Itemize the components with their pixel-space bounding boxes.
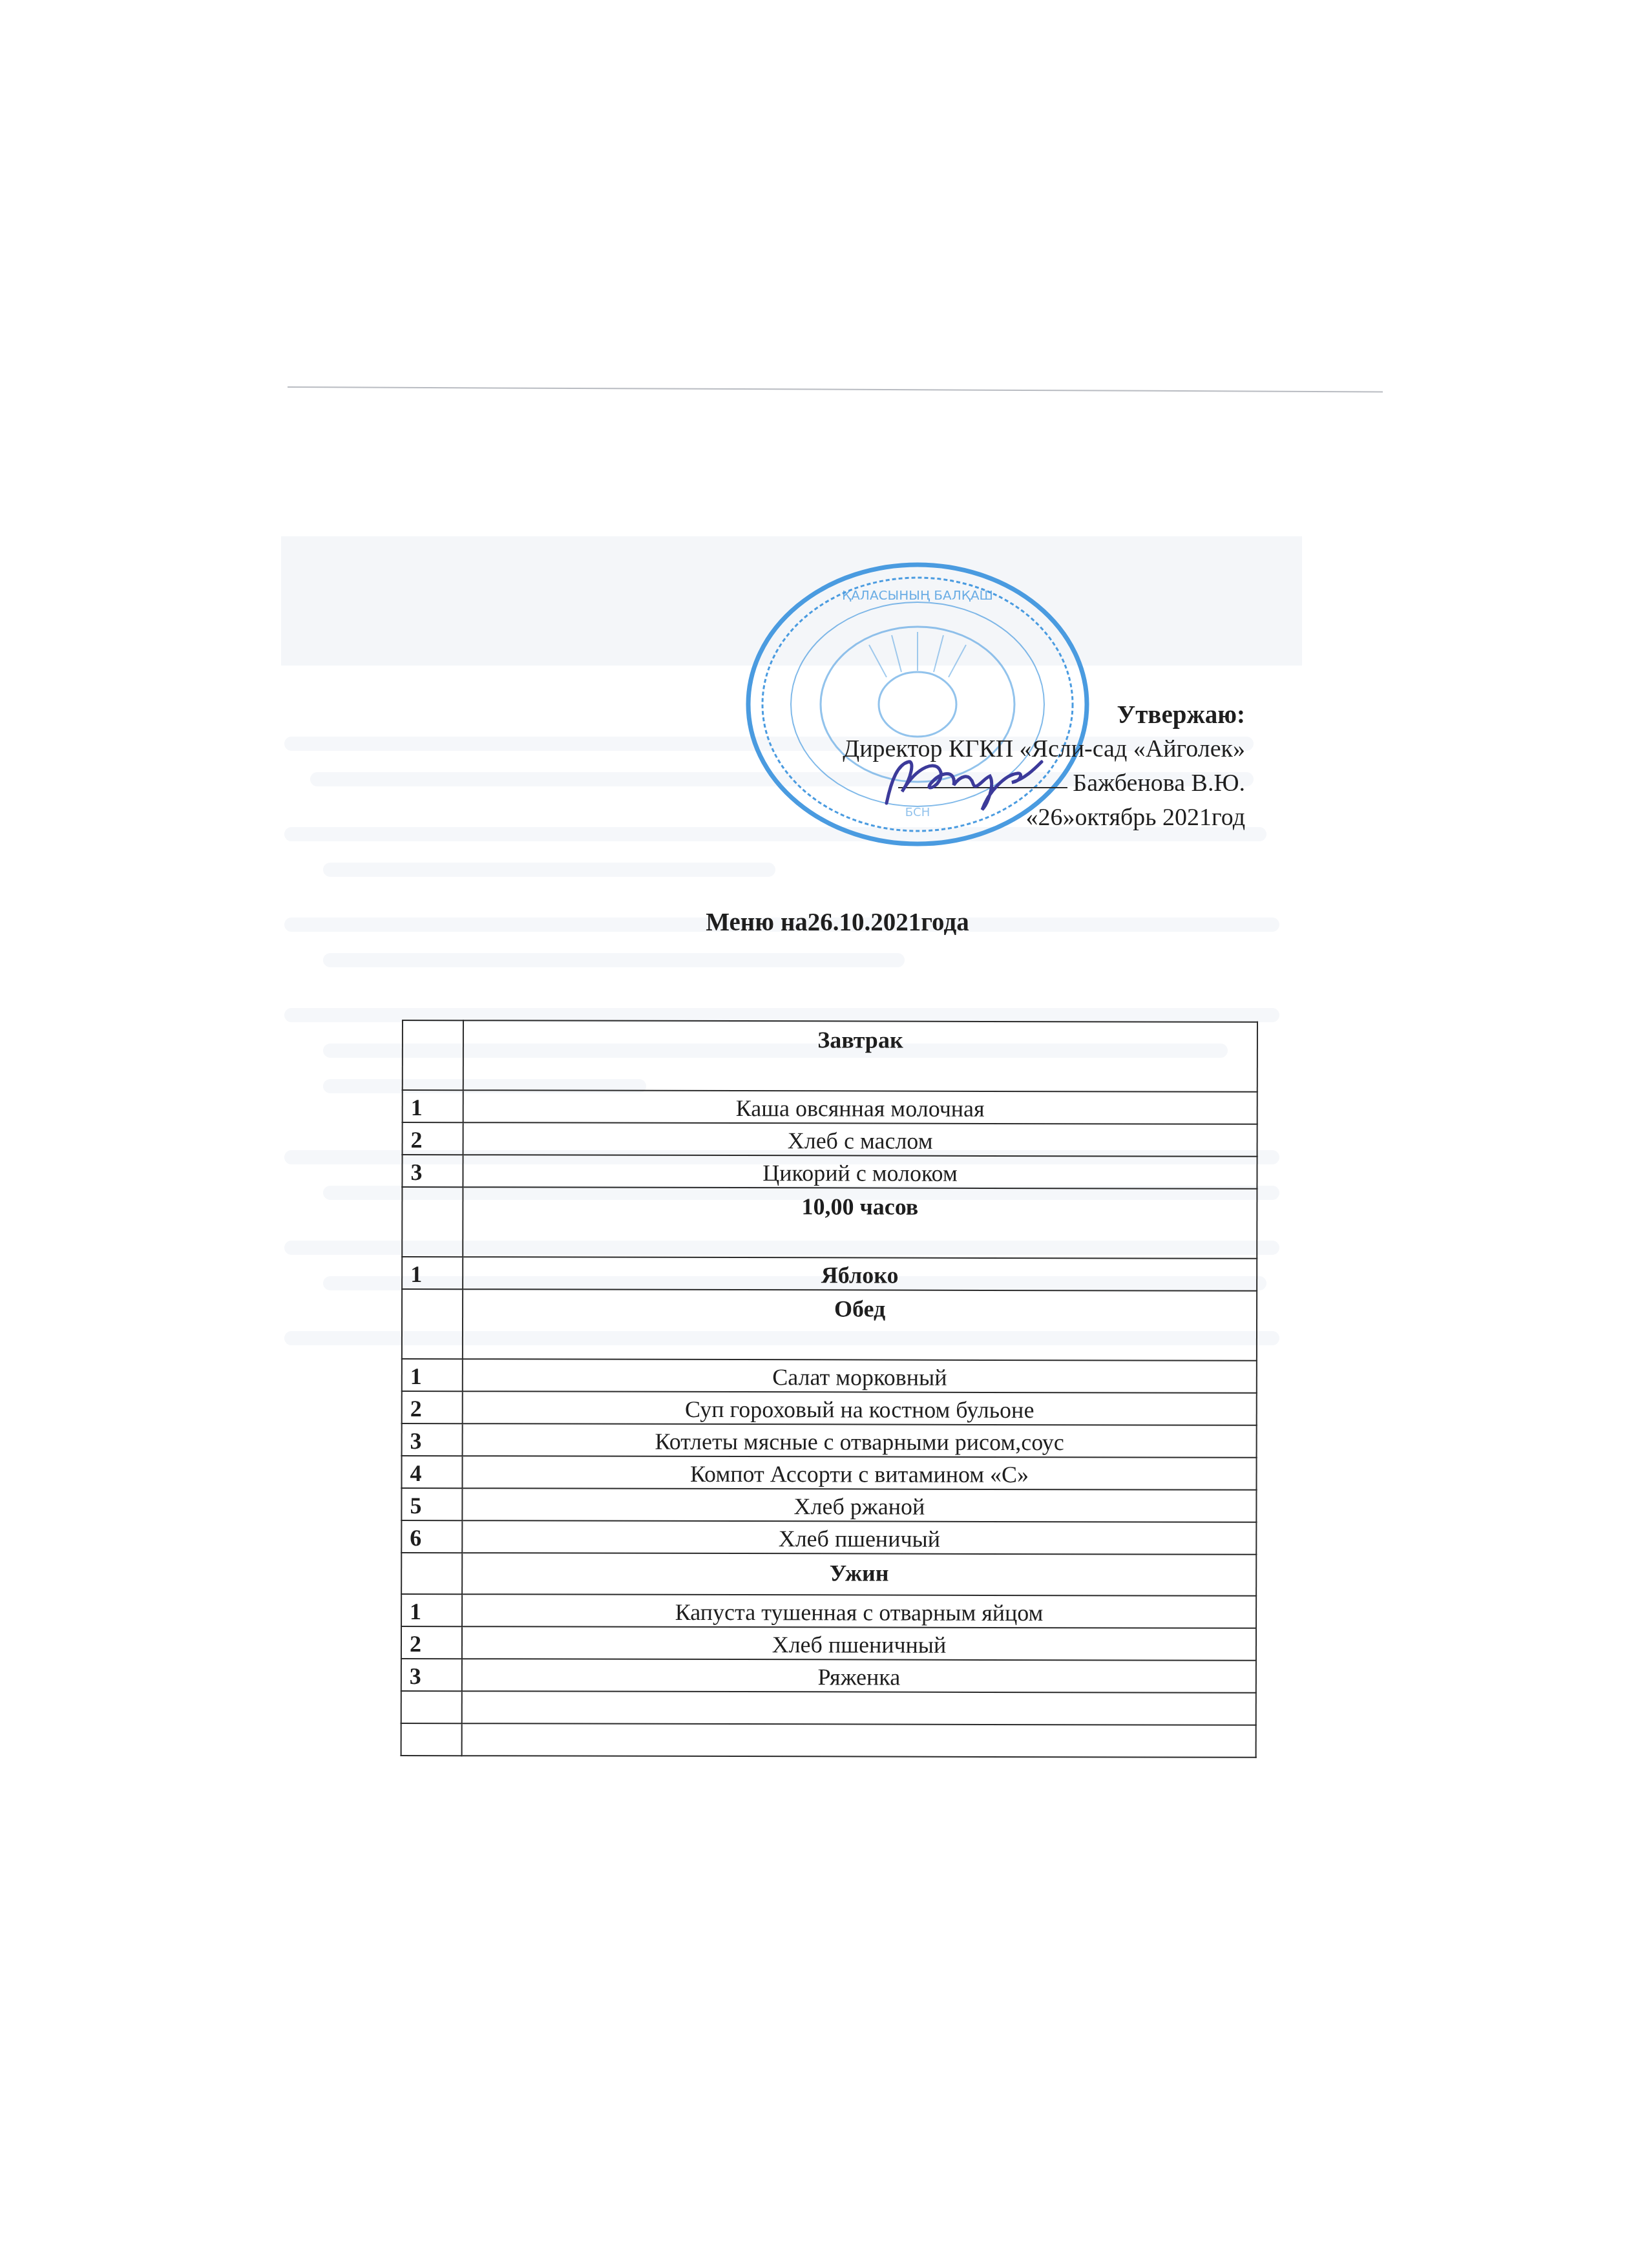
dish-name: Цикорий с молоком [463,1155,1257,1189]
dish-name: Хлеб с маслом [463,1122,1257,1157]
meal-section-title: Ужин [462,1553,1256,1596]
item-number [401,1691,462,1723]
menu-item-row: 3Ряженка [401,1659,1256,1693]
meal-section-title: 10,00 часов [463,1187,1257,1259]
section-row: Обед [402,1289,1257,1361]
menu-item-row: 1Яблоко [402,1257,1257,1291]
menu-item-row: 6Хлеб пшеничый [401,1520,1256,1555]
menu-item-row: 1Капуста тушенная с отварным яйцом [401,1594,1256,1628]
dish-name: Ряженка [462,1659,1256,1693]
item-number: 2 [401,1626,462,1659]
dish-name: Компот Ассорти с витамином «С» [462,1456,1256,1490]
page-title: Меню на26.10.2021года [0,908,1649,937]
dish-name: Котлеты мясные с отварными рисом,соус [463,1423,1257,1458]
meal-section-title [462,1691,1256,1725]
section-row: Ужин [401,1553,1256,1596]
meal-section-title: Завтрак [463,1020,1257,1092]
item-number [402,1289,463,1359]
menu-item-row: 3Цикорий с молоком [402,1155,1257,1189]
empty-row [401,1691,1256,1725]
meal-section-title: Обед [463,1289,1257,1361]
top-divider [288,386,1383,392]
item-number [401,1553,462,1594]
dish-name: Каша овсянная молочная [463,1090,1257,1124]
item-number: 2 [403,1122,463,1155]
menu-item-row: 1Салат морковный [402,1359,1257,1393]
item-number [402,1187,463,1257]
menu-table: Завтрак1Каша овсянная молочная2Хлеб с ма… [401,1020,1258,1758]
menu-item-row: 3Котлеты мясные с отварными рисом,соус [402,1423,1257,1458]
item-number [403,1020,463,1090]
menu-item-row: 5Хлеб ржаной [401,1488,1256,1522]
empty-row [401,1723,1256,1758]
item-number: 3 [402,1155,463,1187]
dish-name: Хлеб пшеничный [462,1626,1256,1661]
item-number: 3 [402,1423,463,1456]
item-number: 1 [402,1359,463,1391]
stamp-text: ҚАЛАСЫНЫҢ БАЛҚАШ [842,587,993,603]
menu-item-row: 4Компот Ассорти с витамином «С» [401,1456,1256,1490]
menu-item-row: 2Хлеб с маслом [403,1122,1257,1157]
approval-heading: Утвержаю: [843,698,1245,732]
dish-name: Яблоко [463,1257,1257,1291]
section-row: 10,00 часов [402,1187,1257,1259]
item-number: 5 [401,1488,462,1520]
section-row: Завтрак [403,1020,1257,1092]
item-number: 3 [401,1659,462,1691]
menu-item-row: 1Каша овсянная молочная [403,1090,1257,1124]
item-number: 6 [401,1520,462,1553]
menu-item-row: 2Хлеб пшеничный [401,1626,1256,1661]
meal-section-title [462,1723,1256,1758]
menu-item-row: 2Суп гороховый на костном бульоне [402,1391,1257,1425]
item-number: 4 [401,1456,462,1488]
dish-name: Хлеб ржаной [462,1488,1256,1522]
item-number: 1 [402,1257,463,1289]
item-number [401,1723,462,1756]
approval-name: Бажбенова В.Ю. [1073,770,1245,797]
item-number: 2 [402,1391,463,1423]
dish-name: Капуста тушенная с отварным яйцом [462,1594,1256,1628]
dish-name: Салат морковный [463,1359,1257,1393]
item-number: 1 [403,1090,463,1122]
item-number: 1 [401,1594,462,1626]
dish-name: Суп гороховый на костном бульоне [463,1391,1257,1425]
signature-icon [879,753,1047,811]
dish-name: Хлеб пшеничый [462,1520,1256,1555]
